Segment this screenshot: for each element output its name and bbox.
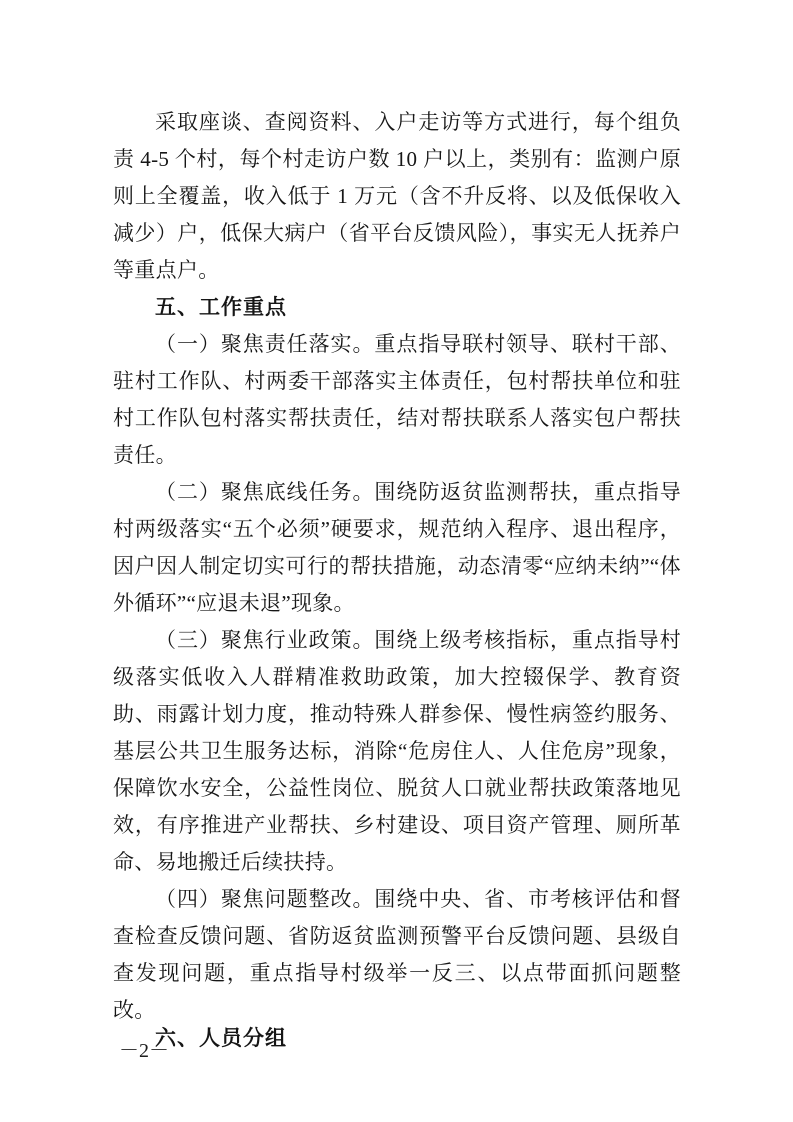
page-number: －2－	[119, 1038, 169, 1064]
heading-section-6-personnel-grouping: 六、人员分组	[113, 1020, 681, 1057]
paragraph-survey-method: 采取座谈、查阅资料、入户走访等方式进行，每个组负责 4-5 个村，每个村走访户数…	[113, 104, 681, 289]
document-page: 采取座谈、查阅资料、入户走访等方式进行，每个组负责 4-5 个村，每个村走访户数…	[0, 0, 793, 1122]
document-body: 采取座谈、查阅资料、入户走访等方式进行，每个组负责 4-5 个村，每个村走访户数…	[113, 104, 681, 1057]
paragraph-focus-industry-policy: （三）聚焦行业政策。围绕上级考核指标，重点指导村级落实低收入人群精准救助政策，加…	[113, 622, 681, 881]
paragraph-focus-responsibility: （一）聚焦责任落实。重点指导联村领导、联村干部、驻村工作队、村两委干部落实主体责…	[113, 326, 681, 474]
paragraph-focus-bottom-line-tasks: （二）聚焦底线任务。围绕防返贫监测帮扶，重点指导村两级落实“五个必须”硬要求，规…	[113, 474, 681, 622]
heading-section-5-work-focus: 五、工作重点	[113, 289, 681, 326]
paragraph-focus-problem-rectification: （四）聚焦问题整改。围绕中央、省、市考核评估和督查检查反馈问题、省防返贫监测预警…	[113, 881, 681, 1029]
